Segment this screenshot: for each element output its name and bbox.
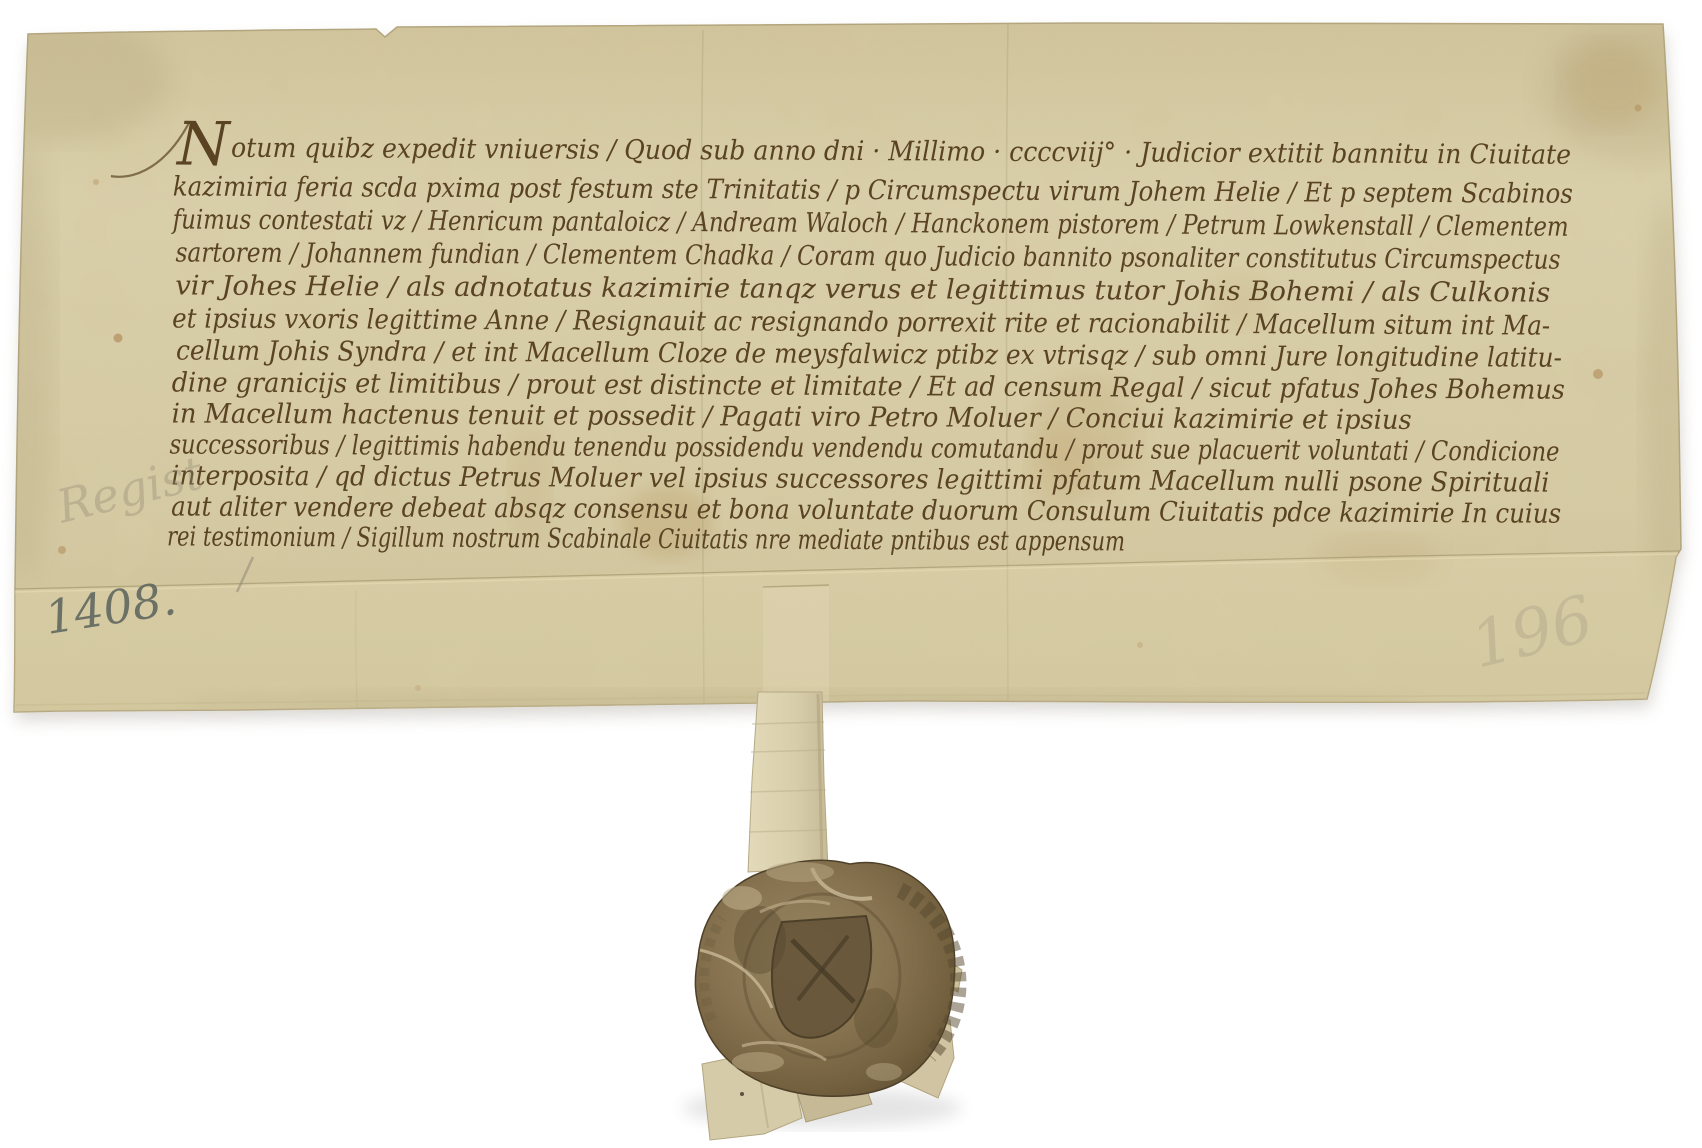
speck	[1635, 105, 1642, 112]
speck	[1593, 369, 1603, 379]
stain	[1564, 43, 1660, 127]
speck	[58, 546, 66, 554]
seal-recess	[854, 988, 898, 1048]
speck	[114, 334, 123, 343]
speck	[93, 179, 99, 185]
seal-recess	[734, 906, 786, 974]
speck	[740, 1092, 744, 1096]
photo-canvas: N otum quibz expedit vniuersis / Quod su…	[0, 0, 1702, 1148]
tag-slit-band	[763, 587, 829, 701]
charter-photograph: N otum quibz expedit vniuersis / Quod su…	[0, 0, 1702, 1148]
seal-highlight	[766, 862, 834, 882]
manuscript-line: rei testimonium / Sigillum nostrum Scabi…	[167, 521, 1125, 557]
seal-assembly	[682, 692, 962, 1140]
edge-shading	[1642, 200, 1694, 600]
seal-tag-strip	[748, 692, 828, 872]
seal-highlight	[732, 1052, 784, 1072]
seal-highlight	[722, 886, 762, 910]
seal-highlight	[866, 1063, 902, 1081]
illuminated-initial: N	[175, 109, 232, 179]
manuscript-text-block: N otum quibz expedit vniuersis / Quod su…	[109, 109, 1573, 560]
